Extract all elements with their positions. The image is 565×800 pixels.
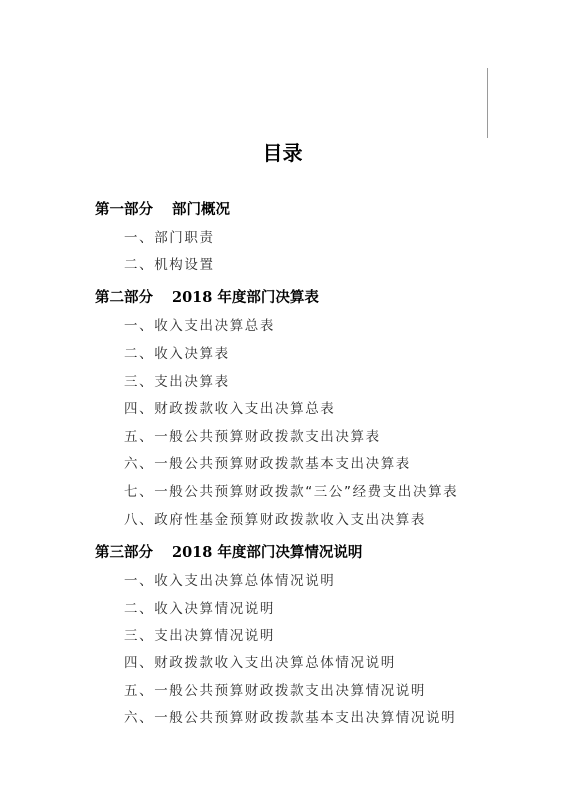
section-title: 部门概况 bbox=[172, 201, 230, 218]
toc-item[interactable]: 三、支出决算表 bbox=[124, 372, 230, 392]
toc-item[interactable]: 五、一般公共预算财政拨款支出决算表 bbox=[124, 427, 381, 447]
toc-item[interactable]: 二、收入决算情况说明 bbox=[124, 599, 275, 619]
section-part-label: 第二部分 bbox=[95, 288, 153, 308]
toc-title: 目录 bbox=[0, 140, 565, 166]
toc-section-2-heading[interactable]: 第二部分2018 年度部门决算表 bbox=[95, 288, 319, 308]
toc-section-3-heading[interactable]: 第三部分2018 年度部门决算情况说明 bbox=[95, 543, 362, 563]
section-title: 2018 年度部门决算情况说明 bbox=[172, 544, 362, 561]
section-part-label: 第一部分 bbox=[95, 200, 153, 220]
toc-item[interactable]: 三、支出决算情况说明 bbox=[124, 626, 275, 646]
toc-item[interactable]: 六、一般公共预算财政拨款基本支出决算情况说明 bbox=[124, 708, 456, 728]
section-part-label: 第三部分 bbox=[95, 543, 153, 563]
toc-item[interactable]: 七、一般公共预算财政拨款“三公”经费支出决算表 bbox=[124, 482, 458, 502]
toc-item[interactable]: 一、收入支出决算总表 bbox=[124, 316, 275, 336]
page-margin-mark bbox=[487, 68, 488, 138]
toc-item[interactable]: 四、财政拨款收入支出决算总表 bbox=[124, 399, 335, 419]
toc-section-1-heading[interactable]: 第一部分部门概况 bbox=[95, 200, 230, 220]
toc-item[interactable]: 六、一般公共预算财政拨款基本支出决算表 bbox=[124, 454, 411, 474]
toc-item[interactable]: 四、财政拨款收入支出决算总体情况说明 bbox=[124, 653, 396, 673]
toc-item[interactable]: 一、收入支出决算总体情况说明 bbox=[124, 571, 335, 591]
section-title: 2018 年度部门决算表 bbox=[172, 289, 319, 306]
toc-item[interactable]: 二、机构设置 bbox=[124, 255, 215, 275]
toc-item[interactable]: 五、一般公共预算财政拨款支出决算情况说明 bbox=[124, 681, 426, 701]
toc-item[interactable]: 二、收入决算表 bbox=[124, 344, 230, 364]
toc-item[interactable]: 八、政府性基金预算财政拨款收入支出决算表 bbox=[124, 510, 426, 530]
toc-item[interactable]: 一、部门职责 bbox=[124, 228, 215, 248]
